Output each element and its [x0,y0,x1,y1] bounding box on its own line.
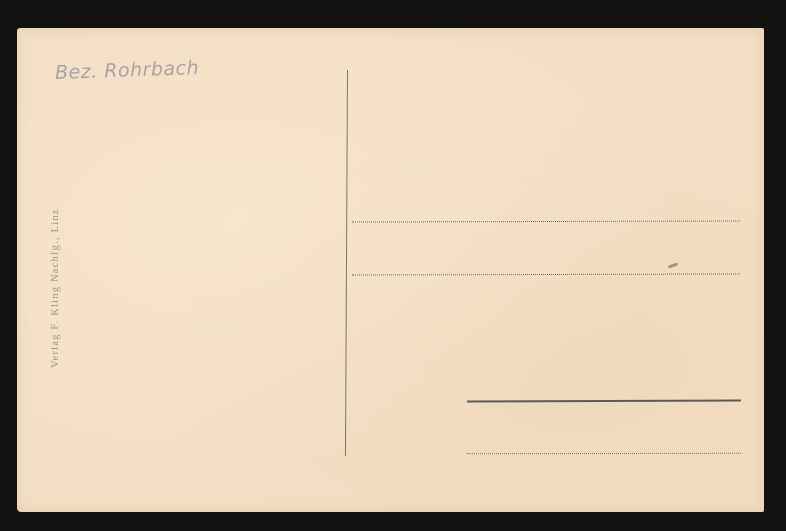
postcard-back: Bez. Rohrbach Verlag F. Kling Nachfg., L… [17,28,764,512]
address-line-1 [352,220,740,222]
vertical-divider-line [345,70,348,456]
publisher-imprint: Verlag F. Kling Nachfg., Linz [50,208,61,368]
pencil-mark [668,262,678,268]
address-line-3 [467,400,741,403]
address-line-2 [352,273,740,275]
handwritten-pencil-note: Bez. Rohrbach [55,57,200,84]
address-line-4 [467,453,741,454]
